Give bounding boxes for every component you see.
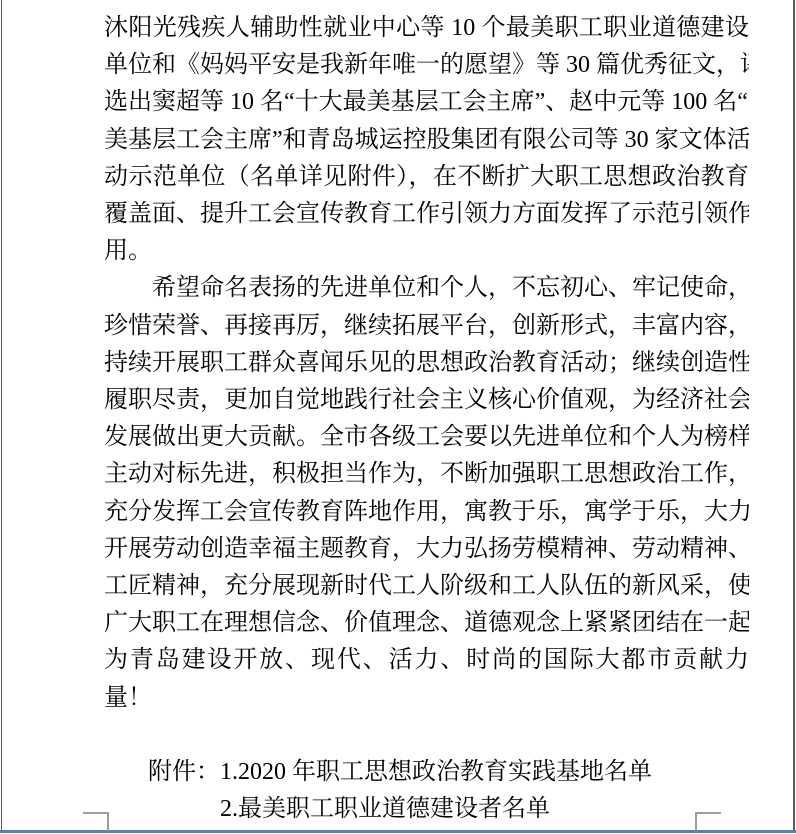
body-line: 履职尽责，更加自觉地践行社会主义核心价值观，为经济社会 [104, 382, 749, 419]
attachment-item-2: 2.最美职工职业道德建设者名单 [220, 796, 550, 822]
body-line: 用。 [104, 233, 749, 270]
body-line: 开展劳动创造幸福主题教育，大力弘扬劳模精神、劳动精神、 [104, 531, 749, 568]
document-page: 沐阳光残疾人辅助性就业中心等 10 个最美职工职业道德建设 单位和《妈妈平安是我… [0, 0, 796, 834]
body-line: 工匠精神，充分展现新时代工人阶级和工人队伍的新风采，使 [104, 568, 749, 605]
attachment-line: 附件：1.2020 年职工思想政治教育实践基地名单 [104, 754, 749, 791]
body-line: 覆盖面、提升工会宣传教育工作引领力方面发挥了示范引领作 [104, 196, 749, 233]
body-line: 珍惜荣誉、再接再厉，继续拓展平台，创新形式，丰富内容， [104, 308, 749, 345]
body-line: 持续开展职工群众喜闻乐见的思想政治教育活动；继续创造性 [104, 345, 749, 382]
body-line: 美基层工会主席”和青岛城运控股集团有限公司等 30 家文体活 [104, 122, 749, 159]
paragraph-1: 沐阳光残疾人辅助性就业中心等 10 个最美职工职业道德建设 单位和《妈妈平安是我… [104, 10, 749, 270]
page-left-edge-line [1, 0, 2, 831]
body-line: 主动对标先进，积极担当作为，不断加强职工思想政治工作， [104, 456, 749, 493]
body-line: 充分发挥工会宣传教育阵地作用，寓教于乐，寓学于乐，大力 [104, 494, 749, 531]
body-line: 广大职工在理想信念、价值理念、道德观念上紧紧团结在一起， [104, 605, 749, 642]
body-line: 为青岛建设开放、现代、活力、时尚的国际大都市贡献力量！ [104, 642, 749, 716]
attachments-section: 附件：1.2020 年职工思想政治教育实践基地名单 2.最美职工职业道德建设者名… [104, 754, 749, 828]
body-text: 沐阳光残疾人辅助性就业中心等 10 个最美职工职业道德建设 单位和《妈妈平安是我… [104, 10, 749, 828]
body-line: 沐阳光残疾人辅助性就业中心等 10 个最美职工职业道德建设 [104, 10, 749, 47]
body-line: 希望命名表扬的先进单位和个人，不忘初心、牢记使命， [104, 270, 749, 307]
paragraph-2: 希望命名表扬的先进单位和个人，不忘初心、牢记使命， 珍惜荣誉、再接再厉，继续拓展… [104, 270, 749, 716]
body-line: 动示范单位（名单详见附件），在不断扩大职工思想政治教育 [104, 159, 749, 196]
body-line: 选出窦超等 10 名“十大最美基层工会主席”、赵中元等 100 名“最 [104, 84, 749, 121]
attachment-line: 2.最美职工职业道德建设者名单 [104, 791, 749, 828]
body-line: 发展做出更大贡献。全市各级工会要以先进单位和个人为榜样， [104, 419, 749, 456]
body-line: 单位和《妈妈平安是我新年唯一的愿望》等 30 篇优秀征文，评 [104, 47, 749, 84]
page-right-edge-line [793, 0, 795, 831]
attachment-item-1: 1.2020 年职工思想政治教育实践基地名单 [220, 759, 652, 785]
window-bottom-edge [0, 830, 796, 833]
attachments-label: 附件： [148, 759, 220, 785]
